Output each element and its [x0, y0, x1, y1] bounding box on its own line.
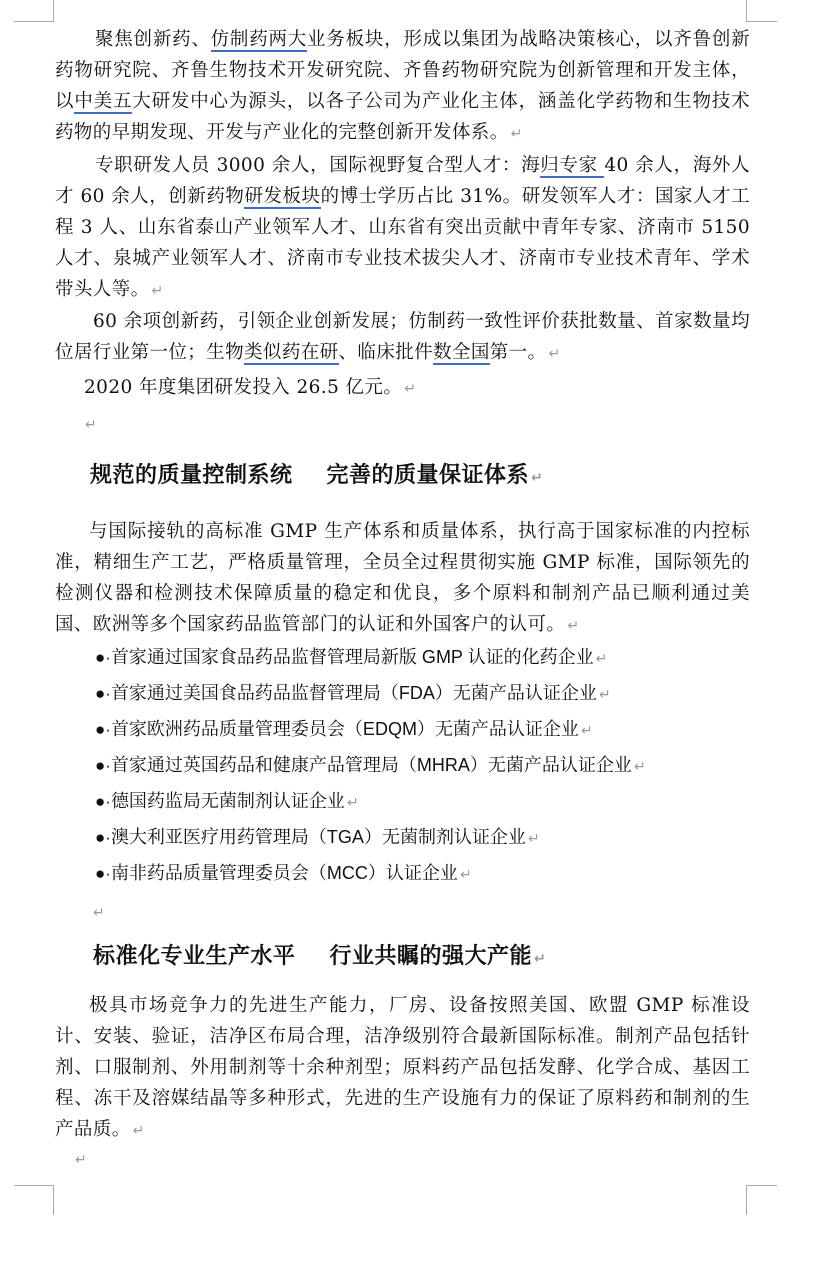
empty-paragraph[interactable]: ↵	[55, 408, 750, 441]
paragraph-mark-icon: ↵	[85, 417, 97, 433]
margin-corner-top-left	[14, 0, 54, 22]
paragraph-quality-system[interactable]: 与国际接轨的高标准 GMP 生产体系和质量体系，执行高于国家标准的内控标准，精细…	[55, 516, 750, 642]
paragraph-mark-icon: ↵	[534, 951, 546, 967]
bullet-icon: ●·	[95, 756, 111, 775]
margin-corner-bottom-left	[14, 1185, 54, 1215]
paragraph-innovation-achievements[interactable]: 60 余项创新药，引领企业创新发展；仿制药一致性评价获批数量、首家数量均位居行业…	[55, 306, 750, 370]
text: 2020 年度集团研发投入 26.5 亿元。	[84, 377, 402, 398]
text: 聚焦创新药、	[95, 29, 211, 50]
paragraph-mark-icon: ↵	[404, 381, 416, 397]
text: 澳大利亚医疗用药管理局（TGA）无菌制剂认证企业	[111, 827, 526, 847]
paragraph-mark-icon: ↵	[599, 687, 611, 703]
list-item[interactable]: ●·德国药监局无菌制剂认证企业↵	[95, 783, 750, 819]
paragraph-mark-icon: ↵	[93, 905, 105, 921]
text: 南非药品质量管理委员会（MCC）认证企业	[111, 863, 458, 883]
paragraph-mark-icon: ↵	[531, 470, 543, 486]
spellcheck-underline[interactable]: 数全国	[433, 342, 490, 365]
text: 首家欧洲药品质量管理委员会（EDQM）无菌产品认证企业	[111, 719, 579, 739]
text: 首家通过国家食品药品监督管理局新版 GMP 认证的化药企业	[111, 647, 594, 667]
paragraph-mark-icon: ↵	[75, 1152, 87, 1168]
paragraph-mark-icon: ↵	[581, 723, 593, 739]
paragraph-mark-icon: ↵	[460, 867, 472, 883]
paragraph-production-capacity[interactable]: 极具市场竞争力的先进生产能力，厂房、设备按照美国、欧盟 GMP 标准设计、安装、…	[55, 990, 750, 1147]
text: 大研发中心为源头，以各子公司为产业化主体，涵盖化学药物和生物技术药物的早期发现、…	[55, 91, 750, 143]
heading-quality[interactable]: 规范的质量控制系统完善的质量保证体系↵	[55, 460, 750, 494]
paragraph-mark-icon: ↵	[347, 795, 359, 811]
list-item[interactable]: ●·首家欧洲药品质量管理委员会（EDQM）无菌产品认证企业↵	[95, 711, 750, 747]
paragraph-mark-icon: ↵	[548, 346, 560, 362]
spellcheck-underline[interactable]: 仿制药两大	[211, 29, 307, 52]
heading-left-text: 标准化专业生产水平	[93, 943, 296, 969]
list-item[interactable]: ●·首家通过美国食品药品监督管理局（FDA）无菌产品认证企业↵	[95, 675, 750, 711]
paragraph-mark-icon: ↵	[596, 651, 608, 667]
paragraph-mark-icon: ↵	[133, 1123, 145, 1139]
paragraph-mark-icon: ↵	[511, 126, 523, 142]
text: 、临床批件	[339, 342, 434, 363]
bullet-icon: ●·	[95, 720, 111, 739]
bullet-icon: ●·	[95, 684, 111, 703]
text: 第一。	[490, 342, 547, 363]
list-item[interactable]: ●·首家通过国家食品药品监督管理局新版 GMP 认证的化药企业↵	[95, 639, 750, 675]
text: 专职研发人员 3000 余人，国际视野复合型人才：海	[95, 155, 540, 176]
heading-left-text: 规范的质量控制系统	[90, 462, 293, 488]
paragraph-rnd-system[interactable]: 聚焦创新药、仿制药两大业务板块，形成以集团为战略决策核心，以齐鲁创新药物研究院、…	[55, 24, 750, 150]
text: 极具市场竞争力的先进生产能力，厂房、设备按照美国、欧盟 GMP 标准设计、安装、…	[55, 995, 750, 1140]
heading-right-text: 行业共瞩的强大产能	[330, 943, 533, 969]
margin-corner-top-right	[746, 0, 777, 22]
certification-list: ●·首家通过国家食品药品监督管理局新版 GMP 认证的化药企业↵ ●·首家通过美…	[55, 639, 750, 891]
text: 首家通过英国药品和健康产品管理局（MHRA）无菌产品认证企业	[111, 755, 632, 775]
list-item[interactable]: ●·澳大利亚医疗用药管理局（TGA）无菌制剂认证企业↵	[95, 819, 750, 855]
heading-production[interactable]: 标准化专业生产水平行业共瞩的强大产能↵	[55, 941, 750, 975]
paragraph-rnd-investment[interactable]: 2020 年度集团研发投入 26.5 亿元。↵	[55, 372, 750, 405]
list-item[interactable]: ●·南非药品质量管理委员会（MCC）认证企业↵	[95, 855, 750, 891]
spellcheck-underline[interactable]: 归专家	[540, 155, 604, 178]
text: 首家通过美国食品药品监督管理局（FDA）无菌产品认证企业	[111, 683, 597, 703]
bullet-icon: ●·	[95, 792, 111, 811]
paragraph-mark-icon: ↵	[634, 759, 646, 775]
spellcheck-underline[interactable]: 类似药在研	[244, 342, 339, 365]
bullet-icon: ●·	[95, 864, 111, 883]
bullet-icon: ●·	[95, 828, 111, 847]
empty-paragraph[interactable]: ↵	[55, 1143, 750, 1176]
spellcheck-underline[interactable]: 中美五	[74, 91, 132, 114]
heading-right-text: 完善的质量保证体系	[327, 462, 530, 488]
empty-paragraph[interactable]: ↵	[55, 896, 750, 929]
margin-corner-bottom-right	[746, 1185, 777, 1215]
paragraph-mark-icon: ↵	[567, 618, 579, 634]
paragraph-mark-icon: ↵	[528, 831, 540, 847]
paragraph-mark-icon: ↵	[152, 283, 164, 299]
bullet-icon: ●·	[95, 648, 111, 667]
text: 与国际接轨的高标准 GMP 生产体系和质量体系，执行高于国家标准的内控标准，精细…	[55, 521, 750, 635]
list-item[interactable]: ●·首家通过英国药品和健康产品管理局（MHRA）无菌产品认证企业↵	[95, 747, 750, 783]
text: 德国药监局无菌制剂认证企业	[111, 791, 345, 811]
paragraph-rnd-talent[interactable]: 专职研发人员 3000 余人，国际视野复合型人才：海归专家 40 余人，海外人才…	[55, 150, 750, 307]
spellcheck-underline[interactable]: 研发板块	[244, 186, 320, 209]
